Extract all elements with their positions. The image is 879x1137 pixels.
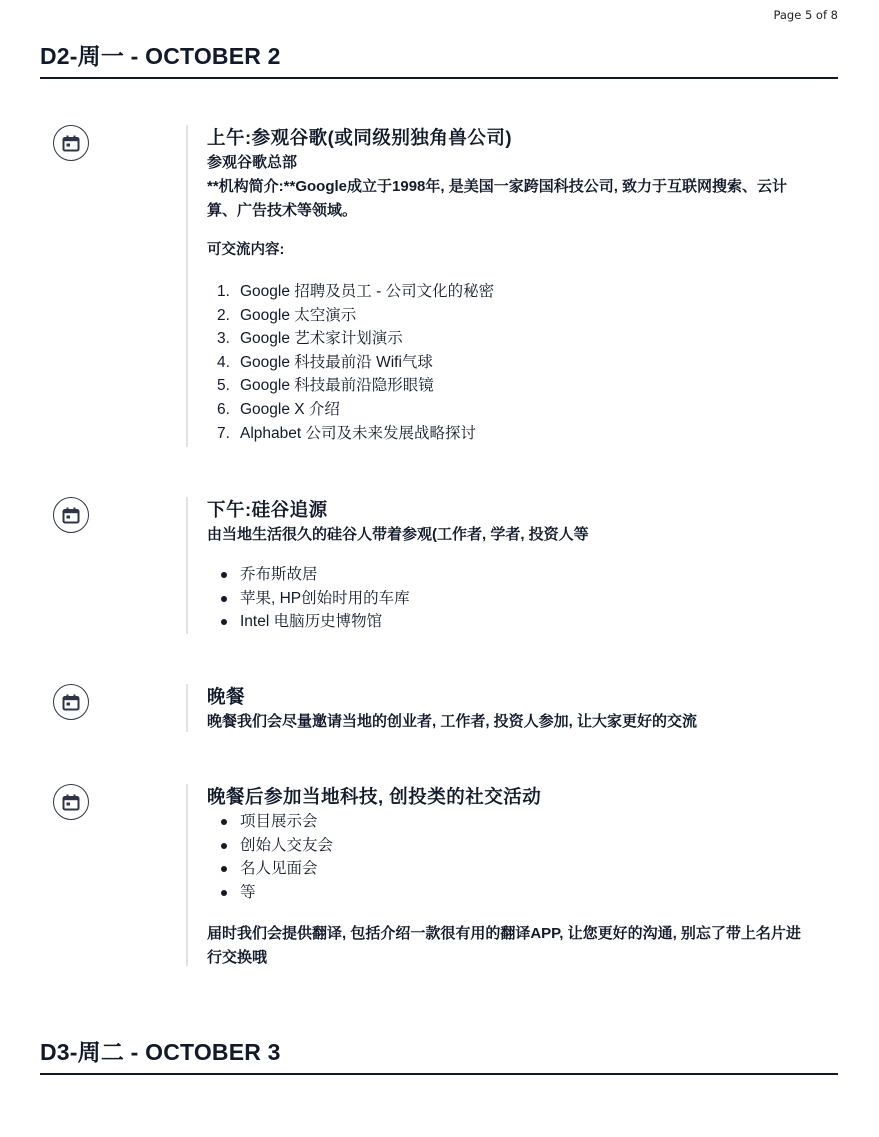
event-title: 上午:参观谷歌(或同级别独角兽公司) <box>207 125 827 151</box>
list-item: 等 <box>207 881 827 905</box>
page-indicator: Page 5 of 8 <box>773 8 838 22</box>
activity-list: 项目展示会 创始人交友会 名人见面会 等 <box>207 810 827 904</box>
list-item: 3.Google 艺术家计划演示 <box>207 327 827 351</box>
list-item: 乔布斯故居 <box>207 563 827 587</box>
list-item: 2.Google 太空演示 <box>207 304 827 328</box>
list-item: 名人见面会 <box>207 857 827 881</box>
list-item: 项目展示会 <box>207 810 827 834</box>
calendar-icon <box>53 784 89 820</box>
list-item: 5.Google 科技最前沿隐形眼镜 <box>207 374 827 398</box>
list-item: 4.Google 科技最前沿 Wifi气球 <box>207 351 827 375</box>
list-item: 苹果, HP创始时用的车库 <box>207 587 827 611</box>
timeline-bar <box>186 497 188 634</box>
day-title: D3-周二 - OCTOBER 3 <box>40 1034 838 1073</box>
event-subtitle: 由当地生活很久的硅谷人带着参观(工作者, 学者, 投资人等 <box>207 523 827 547</box>
list-item: 7.Alphabet 公司及未来发展战略探讨 <box>207 422 827 446</box>
calendar-icon <box>53 497 89 533</box>
list-item: Intel 电脑历史博物馆 <box>207 610 827 634</box>
list-item: 创始人交友会 <box>207 834 827 858</box>
timeline-bar <box>186 125 188 447</box>
calendar-icon <box>53 684 89 720</box>
event-title: 下午:硅谷追源 <box>207 497 827 523</box>
timeline-bar <box>186 684 188 732</box>
event-title: 晚餐 <box>207 684 827 710</box>
timeline-bar <box>186 784 188 966</box>
topic-list: 1.Google 招聘及员工 - 公司文化的秘密 2.Google 太空演示 3… <box>207 280 827 445</box>
list-item: 6.Google X 介绍 <box>207 398 827 422</box>
list-item: 1.Google 招聘及员工 - 公司文化的秘密 <box>207 280 827 304</box>
event-subtitle: 参观谷歌总部 <box>207 151 827 175</box>
calendar-icon <box>53 125 89 161</box>
event-description: **机构简介:**Google成立于1998年, 是美国一家跨国科技公司, 致力… <box>207 175 812 223</box>
place-list: 乔布斯故居 苹果, HP创始时用的车库 Intel 电脑历史博物馆 <box>207 563 827 634</box>
section-label: 可交流内容: <box>207 239 827 261</box>
day-header-d3: D3-周二 - OCTOBER 3 <box>40 1034 838 1075</box>
day-title: D2-周一 - OCTOBER 2 <box>40 38 838 77</box>
event-note: 届时我们会提供翻译, 包括介绍一款很有用的翻译APP, 让您更好的沟通, 别忘了… <box>207 922 812 970</box>
event-title: 晚餐后参加当地科技, 创投类的社交活动 <box>207 784 827 810</box>
day-header-d2: D2-周一 - OCTOBER 2 <box>40 38 838 79</box>
event-subtitle: 晚餐我们会尽量邀请当地的创业者, 工作者, 投资人参加, 让大家更好的交流 <box>207 710 827 734</box>
